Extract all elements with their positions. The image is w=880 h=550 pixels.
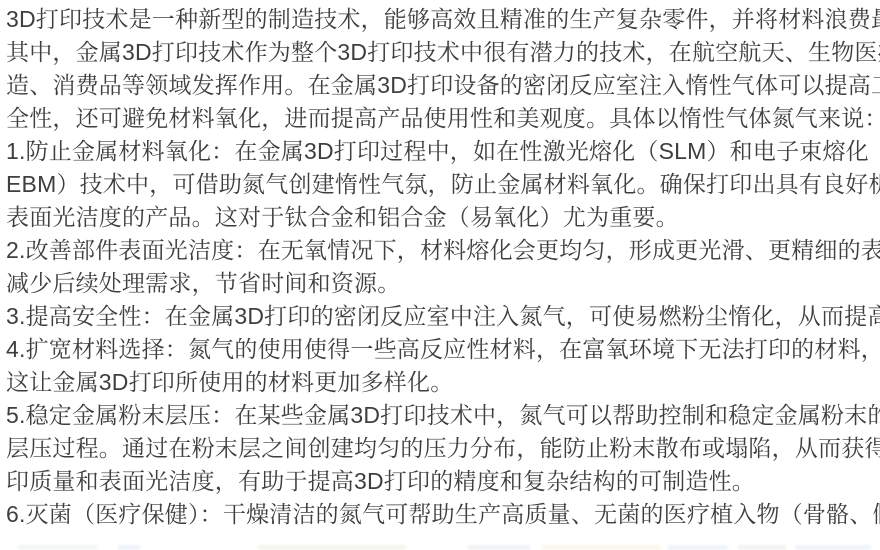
cutoff-text-fragment	[468, 545, 530, 550]
document-page: 3D打印技术是一种新型的制造技术，能够高效且精准的生产复杂零件，并将材料浪费最小…	[0, 0, 880, 550]
cutoff-text-fragment	[118, 545, 140, 550]
cutoff-text-fragment	[738, 545, 786, 550]
text-line: 表面光洁度的产品。这对于钛合金和铝合金（易氧化）尤为重要。	[6, 201, 874, 234]
cutoff-text-fragment	[18, 545, 98, 550]
cutoff-text-fragment	[258, 545, 406, 550]
text-line: 1.防止金属材料氧化：在金属3D打印过程中，如在性激光熔化（SLM）和电子束熔化…	[6, 135, 874, 168]
cutoff-next-line	[0, 543, 880, 550]
text-line: 5.稳定金属粉末层压：在某些金属3D打印技术中，氮气可以帮助控制和稳定金属粉末的	[6, 399, 874, 432]
text-line: 3.提高安全性：在金属3D打印的密闭反应室中注入氮气，可使易燃粉尘惰化，从而提高…	[6, 300, 874, 333]
text-line: 这让金属3D打印所使用的材料更加多样化。	[6, 366, 874, 399]
text-line: 6.灭菌（医疗保健）：干燥清洁的氮气可帮助生产高质量、无菌的医疗植入物（骨骼、假…	[6, 498, 874, 531]
text-line: EBM）技术中，可借助氮气创建惰性气氛，防止金属材料氧化。确保打印出具有良好机械…	[6, 168, 874, 201]
text-line: 其中，金属3D打印技术作为整个3D打印技术中很有潜力的技术，在航空航天、生物医疗…	[6, 36, 874, 69]
cutoff-text-fragment	[795, 545, 871, 550]
text-line: 印质量和表面光洁度，有助于提高3D打印的精度和复杂结构的可制造性。	[6, 465, 874, 498]
article-body: 3D打印技术是一种新型的制造技术，能够高效且精准的生产复杂零件，并将材料浪费最小…	[6, 3, 874, 531]
text-line: 2.改善部件表面光洁度：在无氧情况下，材料熔化会更均匀，形成更光滑、更精细的表面…	[6, 234, 874, 267]
text-line: 层压过程。通过在粉末层之间创建均匀的压力分布，能防止粉末散布或塌陷，从而获得更好…	[6, 432, 874, 465]
cutoff-text-fragment	[668, 545, 728, 550]
text-line: 4.扩宽材料选择：氮气的使用使得一些高反应性材料，在富氧环境下无法打印的材料，变…	[6, 333, 874, 366]
cutoff-text-fragment	[542, 545, 660, 550]
text-line: 3D打印技术是一种新型的制造技术，能够高效且精准的生产复杂零件，并将材料浪费最小…	[6, 3, 874, 36]
text-line: 减少后续处理需求，节省时间和资源。	[6, 267, 874, 300]
text-line: 造、消费品等领域发挥作用。在金属3D打印设备的密闭反应室注入惰性气体可以提高工作…	[6, 69, 874, 102]
text-line: 全性，还可避免材料氧化，进而提高产品使用性和美观度。具体以惰性气体氮气来说：	[6, 102, 874, 135]
